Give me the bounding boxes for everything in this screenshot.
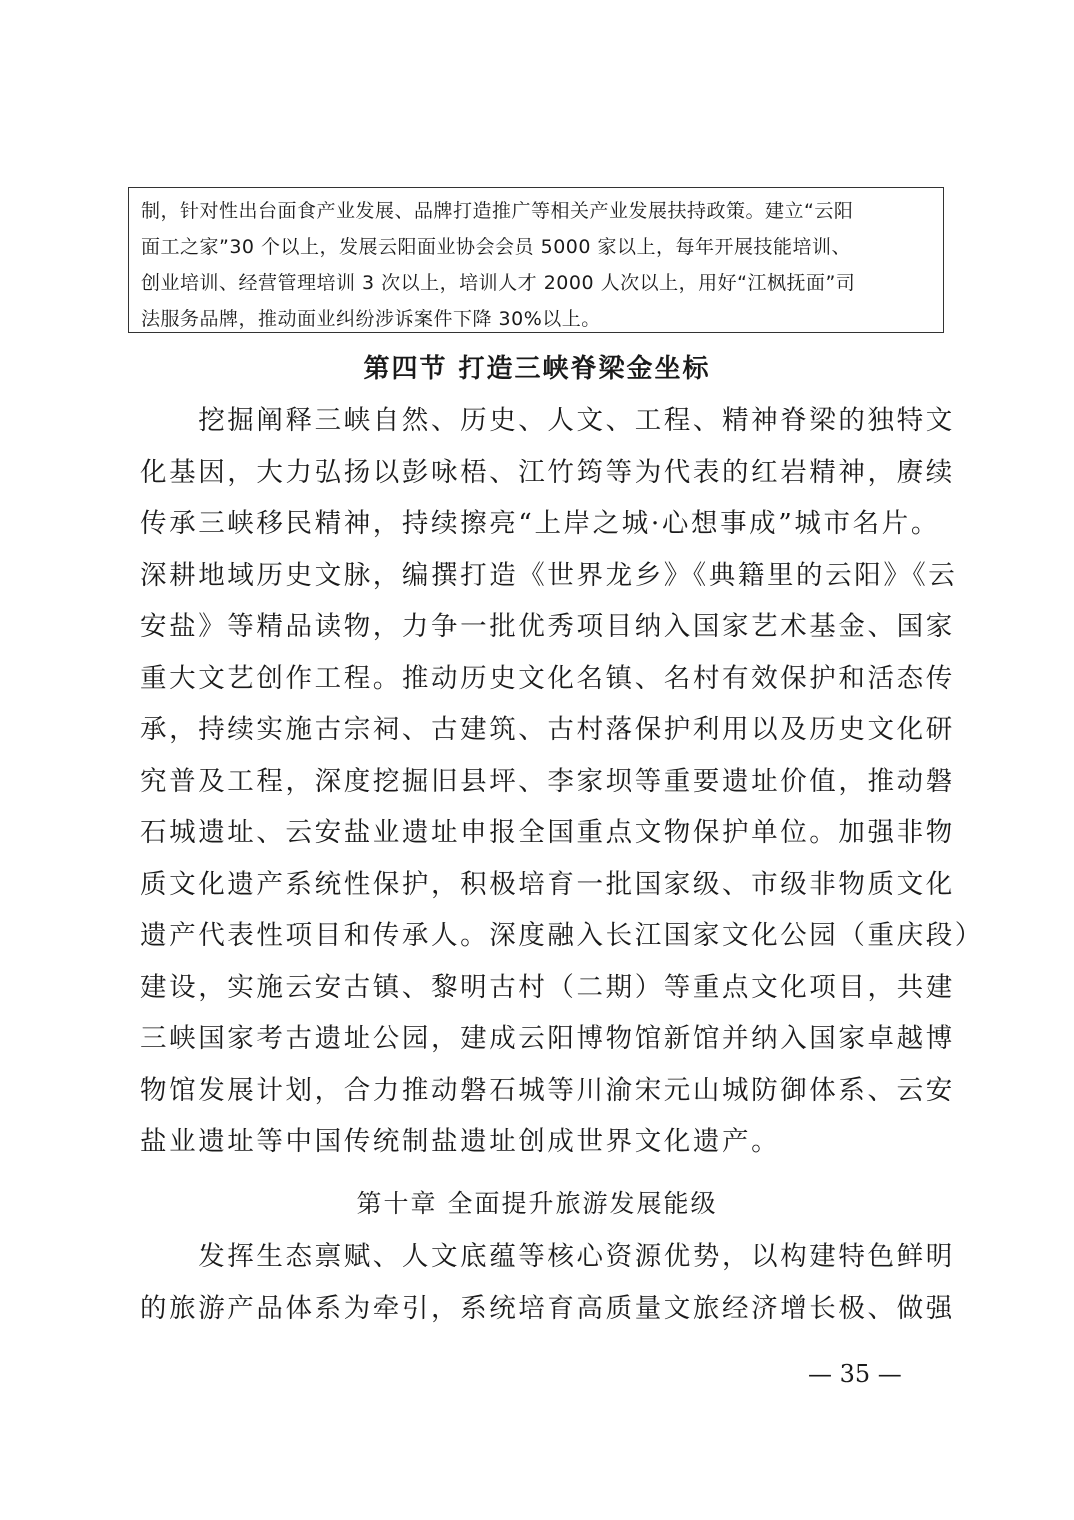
paragraph-line: 挖掘阐释三峡自然、历史、人文、工程、精神脊梁的独特文 [140, 395, 940, 447]
paragraph-line: 深耕地域历史文脉，编撰打造《世界龙乡》《典籍里的云阳》《云 [140, 550, 940, 602]
boxed-note-line: 创业培训、经营管理培训 3 次以上，培训人才 2000 人次以上，用好“江枫抚面… [141, 265, 935, 301]
paragraph-line: 石城遗址、云安盐业遗址申报全国重点文物保护单位。加强非物 [140, 807, 940, 859]
paragraph-line: 究普及工程，深度挖掘旧县坪、李家坝等重要遗址价值，推动磐 [140, 756, 940, 808]
boxed-note-line: 面工之家”30 个以上，发展云阳面业协会会员 5000 家以上，每年开展技能培训… [141, 229, 935, 265]
boxed-note: 制，针对性出台面食产业发展、品牌打造推广等相关产业发展扶持政策。建立“云阳 面工… [128, 187, 944, 333]
chapter-heading: 第十章 全面提升旅游发展能级 [0, 1184, 1074, 1220]
paragraph-line: 物馆发展计划，合力推动磐石城等川渝宋元山城防御体系、云安 [140, 1065, 940, 1117]
paragraph-line: 化基因，大力弘扬以彭咏梧、江竹筠等为代表的红岩精神，赓续 [140, 447, 940, 499]
paragraph-line: 发挥生态禀赋、人文底蕴等核心资源优势，以构建特色鲜明 [140, 1231, 940, 1283]
paragraph-line: 建设，实施云安古镇、黎明古村（二期）等重点文化项目，共建 [140, 962, 940, 1014]
page-number: — 35 — [808, 1360, 902, 1388]
paragraph-line: 三峡国家考古遗址公园，建成云阳博物馆新馆并纳入国家卓越博 [140, 1013, 940, 1065]
paragraph-heritage: 挖掘阐释三峡自然、历史、人文、工程、精神脊梁的独特文 化基因，大力弘扬以彭咏梧、… [140, 395, 940, 1168]
paragraph-line: 遗产代表性项目和传承人。深度融入长江国家文化公园（重庆段） [140, 910, 940, 962]
paragraph-line: 质文化遗产系统性保护，积极培育一批国家级、市级非物质文化 [140, 859, 940, 911]
boxed-note-line: 法服务品牌，推动面业纠纷涉诉案件下降 30%以上。 [141, 301, 935, 337]
section-heading: 第四节 打造三峡脊梁金坐标 [0, 348, 1074, 385]
paragraph-line: 承，持续实施古宗祠、古建筑、古村落保护利用以及历史文化研 [140, 704, 940, 756]
paragraph-line: 盐业遗址等中国传统制盐遗址创成世界文化遗产。 [140, 1116, 940, 1168]
paragraph-line: 传承三峡移民精神，持续擦亮“上岸之城·心想事成”城市名片。 [140, 498, 940, 550]
paragraph-line: 的旅游产品体系为牵引，系统培育高质量文旅经济增长极、做强 [140, 1283, 940, 1335]
paragraph-tourism: 发挥生态禀赋、人文底蕴等核心资源优势，以构建特色鲜明 的旅游产品体系为牵引，系统… [140, 1231, 940, 1334]
boxed-note-line: 制，针对性出台面食产业发展、品牌打造推广等相关产业发展扶持政策。建立“云阳 [141, 193, 935, 229]
paragraph-line: 重大文艺创作工程。推动历史文化名镇、名村有效保护和活态传 [140, 653, 940, 705]
paragraph-line: 安盐》等精品读物，力争一批优秀项目纳入国家艺术基金、国家 [140, 601, 940, 653]
document-page: 制，针对性出台面食产业发展、品牌打造推广等相关产业发展扶持政策。建立“云阳 面工… [0, 0, 1074, 1520]
